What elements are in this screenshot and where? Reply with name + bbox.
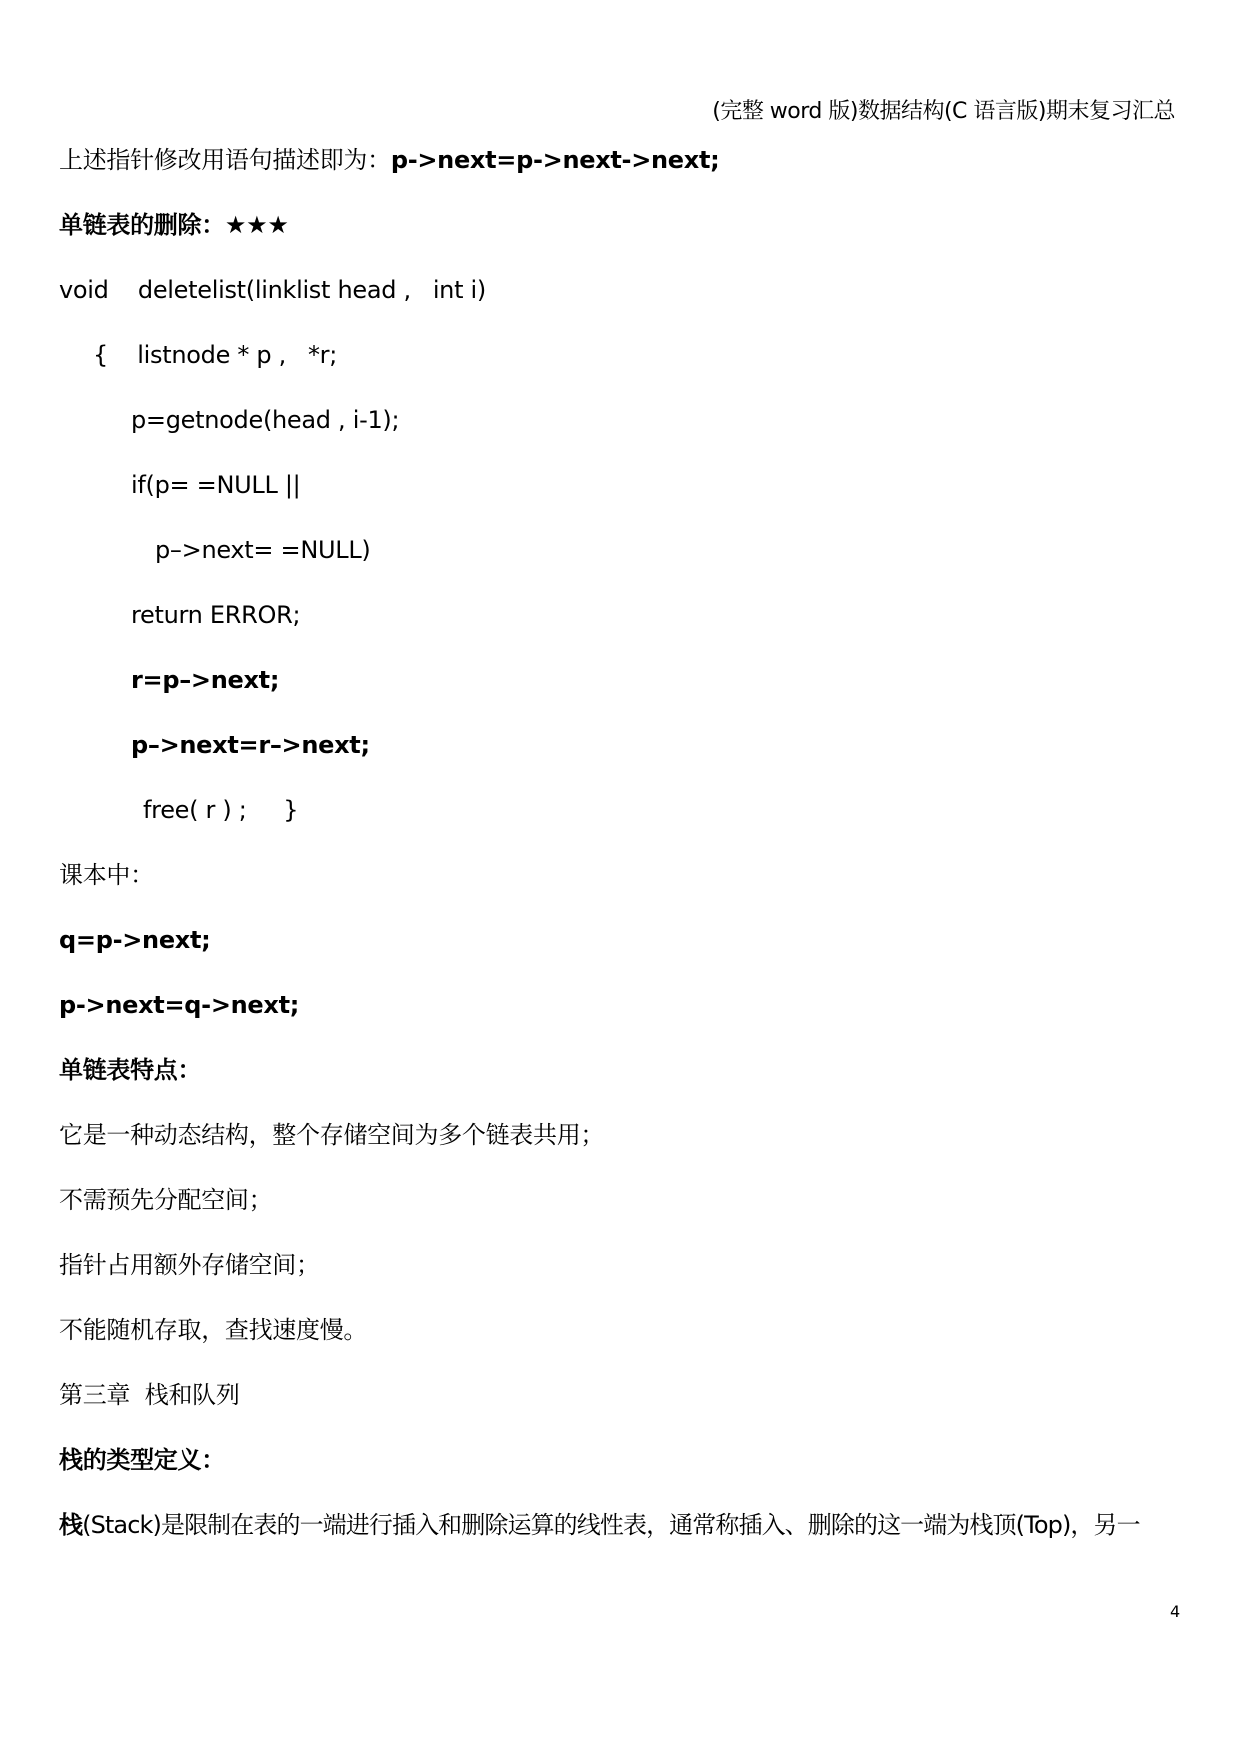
- stack-definition-text: (Stack)是限制在表的一端进行插入和删除运算的线性表，通常称插入、删除的这一…: [82, 1511, 1140, 1539]
- stack-definition-paragraph: 栈(Stack)是限制在表的一端进行插入和删除运算的线性表，通常称插入、删除的这…: [59, 1510, 1140, 1540]
- code-line: p=getnode(head , i-1);: [131, 405, 399, 435]
- document-header-title: (完整 word 版)数据结构(C 语言版)期末复习汇总: [712, 94, 1175, 125]
- feature-item: 它是一种动态结构，整个存储空间为多个链表共用；: [59, 1120, 604, 1150]
- pointer-modification-code: p->next=p->next->next;: [391, 146, 720, 174]
- feature-item: 指针占用额外存储空间；: [59, 1250, 320, 1280]
- code-line: q=p->next;: [59, 925, 210, 955]
- code-line: r=p–>next;: [131, 665, 279, 695]
- section-heading-stack: 栈的类型定义：: [59, 1445, 225, 1475]
- code-line: return ERROR;: [131, 600, 300, 630]
- code-line: void deletelist(linklist head , int i): [59, 275, 486, 305]
- pointer-modification-label: 上述指针修改用语句描述即为：: [59, 146, 391, 174]
- section-heading-delete: 单链表的删除：★★★: [59, 210, 289, 240]
- stack-term: 栈: [59, 1511, 82, 1539]
- pointer-modification-line: 上述指针修改用语句描述即为：p->next=p->next->next;: [59, 145, 719, 175]
- section-heading-features: 单链表特点：: [59, 1055, 201, 1085]
- textbook-label: 课本中：: [59, 860, 154, 890]
- feature-item: 不需预先分配空间；: [59, 1185, 272, 1215]
- code-line: p–>next= =NULL): [155, 535, 371, 565]
- code-line: p->next=q->next;: [59, 990, 299, 1020]
- code-line: free( r ) ; }: [143, 795, 298, 825]
- chapter-title: 第三章 栈和队列: [59, 1380, 240, 1410]
- code-line: p–>next=r–>next;: [131, 730, 370, 760]
- feature-item: 不能随机存取，查找速度慢。: [59, 1315, 367, 1345]
- page-number: 4: [1170, 1602, 1180, 1621]
- code-line: if(p= =NULL ||: [131, 470, 300, 500]
- code-line: { listnode * p , *r;: [93, 340, 337, 370]
